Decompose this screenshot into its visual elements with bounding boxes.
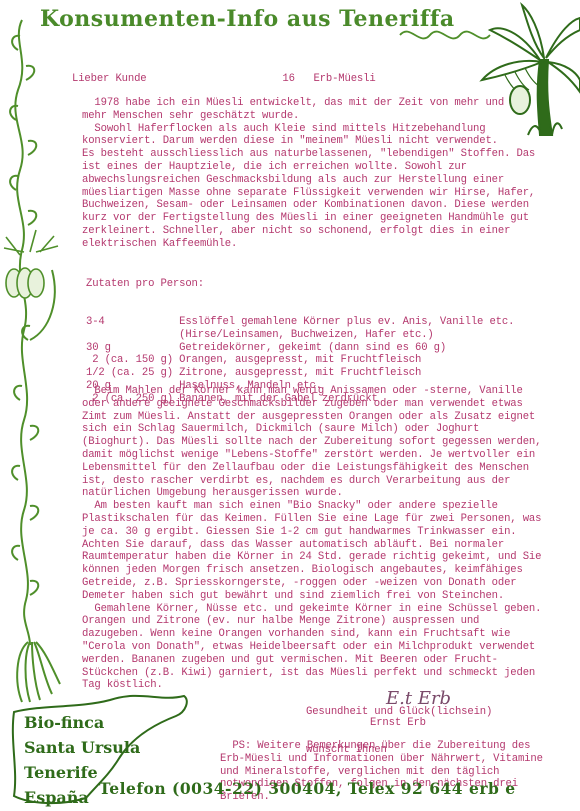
text-line: Plastikschalen für das Keimen. Füllen Si… [82,513,522,526]
text-line: Achten Sie darauf, dass das Wasser autom… [82,539,522,552]
text-line: ist, desto rascher verdirbt es, nachdem … [82,475,522,488]
text-line: Demeter haben sich gut bewährt und sind … [82,590,522,603]
text-line: natürlichen Umgebung herausgerissen wurd… [82,487,522,500]
issue-number: 16 [282,73,294,85]
text-line: Lebensmittel für den Zellaufbau oder die… [82,462,522,475]
signer-name: Ernst Erb [370,717,426,730]
vine-ornament-icon [10,20,55,645]
text-line: Am besten kauft man sich einen "Bio Snac… [82,500,522,513]
text-line: kurz vor der Fertigstellung des Müesli i… [82,212,522,225]
salutation: Lieber Kunde [72,73,147,86]
text-line: je ca. 30 g ergibt. Giessen Sie 1-2 cm g… [82,526,522,539]
ps-line: Erb-Müesli und Informationen über Nährwe… [220,753,543,766]
subject-title: Erb-Müesli [313,73,375,85]
contact-line: Telefon (0034-22) 300404, Telex 92 644 e… [99,779,516,798]
text-line: Orangen und Zitrone (ev. nur halbe Menge… [82,615,522,628]
address-line: Bio-finca [24,710,140,735]
text-line: damit möglichst wenige "Lebens-Stoffe" z… [82,449,522,462]
text-line: Es besteht ausschliesslich aus naturbela… [82,148,522,161]
text-line: dazugeben. Wenn keine Orangen vorhanden … [82,628,522,641]
address-line: Santa Ursula [24,735,140,760]
page-title: Konsumenten-Info aus Teneriffa [40,6,455,32]
ingredient-row: 2 (ca. 150 g) Orangen, ausgepresst, mit … [86,354,514,367]
ingredients-heading: Zutaten pro Person: [86,278,514,291]
ingredient-row: 3-4 Esslöffel gemahlene Körner plus ev. … [86,316,514,329]
text-line: können jeden Morgen frisch ansetzen. Bio… [82,564,522,577]
text-line: müesliartigen Masse ohne separate Flüssi… [82,187,522,200]
text-line: Zimt zum Müesli. Anstatt der ausgepresst… [82,411,522,424]
text-line: mehr Menschen sehr geschätzt wurde. [82,110,522,123]
text-line: zerkleinert. Schneller, aber nicht so sc… [82,225,522,238]
text-line: Gemahlene Körner, Nüsse etc. und gekeimt… [82,603,522,616]
text-line: abwechslungsreichen Geschmacksbildung al… [82,174,522,187]
text-line: Getreide, z.B. Spriesskorngerste, -rogge… [82,577,522,590]
ingredient-row: 30 g Getreidekörner, gekeimt (dann sind … [86,342,514,355]
ps-line: PS: Weitere Bemerkungen über die Zuberei… [220,740,543,753]
text-line: "Cerola von Donath", etwas Heidelbeersaf… [82,641,522,654]
text-line: Beim Mahlen der Körner kann man wenig An… [82,385,522,398]
text-line: sich ein Schlag Sauermilch, Dickmilch (s… [82,423,522,436]
ingredient-row: (Hirse/Leinsamen, Buchweizen, Hafer etc.… [86,329,514,342]
text-line: oder andere geeignete Geschmacksbilder z… [82,398,522,411]
text-line: Raumtemperatur haben die Körner in 24 St… [82,551,522,564]
text-line: Sowohl Haferflocken als auch Kleie sind … [82,123,522,136]
text-line: Buchweizen, Sesam- oder Leinsamen oder K… [82,199,522,212]
ps-line: und Mineralstoffe, verglichen mit den tä… [220,766,543,779]
text-line: (Bioghurt). Das Müesli sollte nach der Z… [82,436,522,449]
paragraph-intro: 1978 habe ich ein Müesli entwickelt, das… [82,97,522,251]
paragraph-instructions: Beim Mahlen der Körner kann man wenig An… [82,385,522,692]
text-line: konserviert. Darum werden diese in "mein… [82,135,522,148]
text-line: ist eines der Hauptziele, die ich erreic… [82,161,522,174]
scroll-ornament-icon [400,32,490,39]
letter-subject: 16 Erb-Müesli [270,60,376,86]
signature: E.t Erb [386,688,451,709]
fruit-cluster-icon [4,230,58,298]
text-line: 1978 habe ich ein Müesli entwickelt, das… [82,97,522,110]
text-line: werden. Bananen zugeben und gut vermisch… [82,654,522,667]
banana-bunch-icon [17,642,60,702]
text-line: Stückchen (z.B. Kiwi) garniert, ist das … [82,667,522,680]
ingredient-row: 1/2 (ca. 25 g) Zitrone, ausgepresst, mit… [86,367,514,380]
text-line: elektrischen Kaffeemühle. [82,238,522,251]
